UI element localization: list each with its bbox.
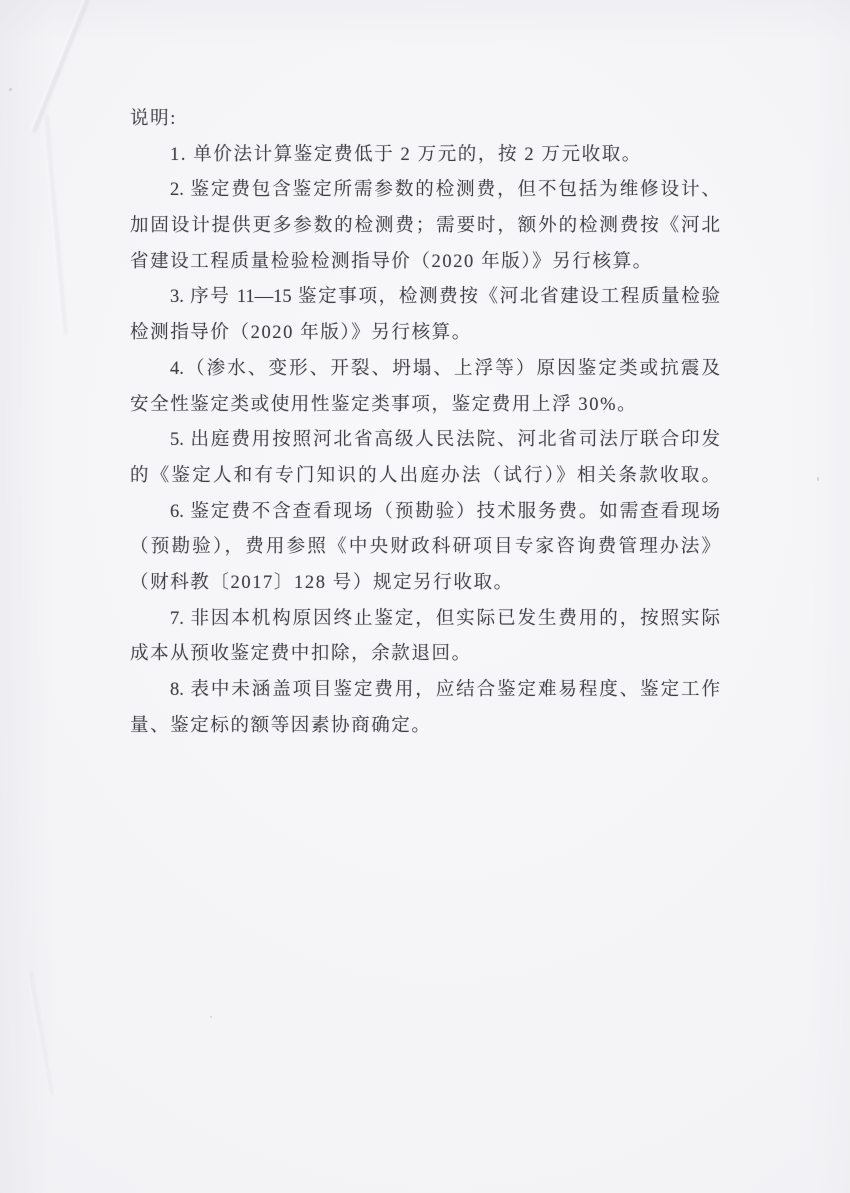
note-line: 的《鉴定人和有专门知识的人出庭办法（试行）》相关条款收取。	[130, 459, 720, 495]
notes-heading: 说明:	[130, 102, 720, 138]
note-line: 1. 单价法计算鉴定费低于 2 万元的，按 2 万元收取。	[130, 138, 720, 174]
note-line: 量、鉴定标的额等因素协商确定。	[130, 709, 720, 745]
scanned-document-page: 说明: 1. 单价法计算鉴定费低于 2 万元的，按 2 万元收取。 2. 鉴定费…	[0, 0, 850, 1193]
dust-speck	[210, 1016, 212, 1018]
note-line: 7. 非因本机构原因终止鉴定，但实际已发生费用的，按照实际	[130, 602, 720, 638]
note-line: 6. 鉴定费不含查看现场（预勘验）技术服务费。如需查看现场	[130, 495, 720, 531]
note-line: 省建设工程质量检验检测指导价（2020 年版）》另行核算。	[130, 245, 720, 281]
note-line: （财科教〔2017〕128 号）规定另行收取。	[130, 566, 720, 602]
paper-crease	[44, 116, 66, 335]
note-line: 3. 序号 11—15 鉴定事项，检测费按《河北省建设工程质量检验	[130, 280, 720, 316]
note-line: 加固设计提供更多参数的检测费；需要时，额外的检测费按《河北	[130, 209, 720, 245]
dust-speck	[817, 477, 819, 481]
dust-speck	[9, 88, 12, 91]
note-line: 成本从预收鉴定费中扣除，余款退回。	[130, 637, 720, 673]
note-line: （预勘验），费用参照《中央财政科研项目专家咨询费管理办法》	[130, 530, 720, 566]
paper-crease	[28, 972, 53, 1096]
note-line: 2. 鉴定费包含鉴定所需参数的检测费，但不包括为维修设计、	[130, 173, 720, 209]
note-line: 8. 表中未涵盖项目鉴定费用，应结合鉴定难易程度、鉴定工作	[130, 673, 720, 709]
note-line: 4.（渗水、变形、开裂、坍塌、上浮等）原因鉴定类或抗震及	[130, 352, 720, 388]
note-line: 检测指导价（2020 年版）》另行核算。	[130, 316, 720, 352]
note-line: 5. 出庭费用按照河北省高级人民法院、河北省司法厅联合印发	[130, 423, 720, 459]
paper-crease	[32, 0, 91, 132]
notes-block: 说明: 1. 单价法计算鉴定费低于 2 万元的，按 2 万元收取。 2. 鉴定费…	[130, 102, 720, 744]
note-line: 安全性鉴定类或使用性鉴定类事项，鉴定费用上浮 30%。	[130, 388, 720, 424]
